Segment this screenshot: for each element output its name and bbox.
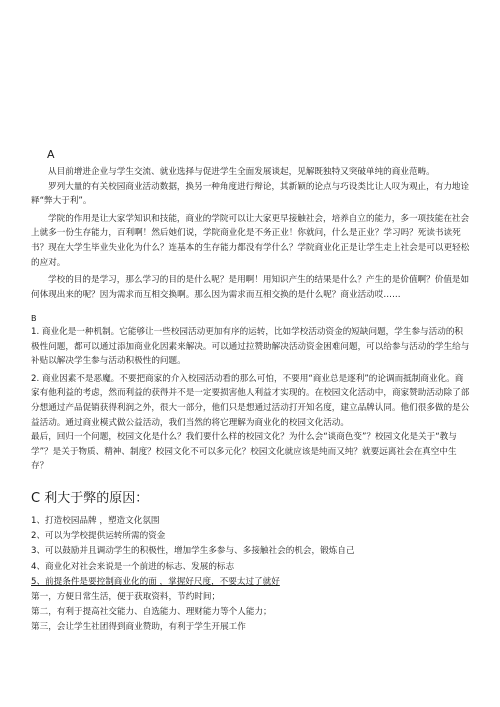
list-item: 第二，有利于提高社交能力、自选能力、理财能力等个人能力； bbox=[31, 605, 471, 620]
list-item: 2、可以为学校提供运转所需的资金 bbox=[31, 529, 471, 544]
list-item: 第一，方便日常生活，便于获取资料，节约时间； bbox=[31, 590, 471, 605]
section-b-label: B bbox=[31, 313, 37, 325]
list-item: 4、商业化对社会来说是一个前进的标志、发展的标志 bbox=[31, 560, 471, 575]
paragraph: 2. 商业因素不是恶魔。不要把商家的介入校园活动看的那么可怕，不要用“商业总是逐… bbox=[31, 372, 471, 430]
paragraph: 最后，回归一个问题，校园文化是什么？我们要什么样的校园文化？为什么会“谈商色变”… bbox=[31, 430, 471, 474]
section-c-title: C 利大于弊的原因： bbox=[31, 490, 148, 508]
list-item: 3、可以鼓励并且调动学生的积极性，增加学生多参与、多接触社会的机会，锻炼自己 bbox=[31, 544, 471, 559]
list-item-underlined: 5、前提条件是要控制商业化的面 ，掌握好尺度，不要太过了就好 bbox=[31, 575, 471, 590]
section-a-body: 从目前增进企业与学生交流、就业选择与促进学生全面发展谈起，见解既独特又突破单纯的… bbox=[31, 165, 471, 302]
document-page: A 从目前增进企业与学生交流、就业选择与促进学生全面发展谈起，见解既独特又突破单… bbox=[0, 0, 500, 707]
section-a-label: A bbox=[47, 148, 55, 162]
section-c-list: 1、打造校园品牌 ，塑造文化氛围 2、可以为学校提供运转所需的资金 3、可以鼓励… bbox=[31, 514, 471, 636]
paragraph: 学院的作用是让大家学知识和技能，商业的学院可以让大家更早接触社会，培养自立的能力… bbox=[31, 212, 471, 270]
paragraph: 罗列大量的有关校园商业活动数据，换另一种角度进行辩论，其新颖的论点与巧设类比让人… bbox=[31, 180, 471, 209]
section-b-body: 1. 商业化是一种机制。它能够让一些校园活动更加有序的运转，比如学校活动资金的短… bbox=[31, 325, 471, 474]
paragraph: 1. 商业化是一种机制。它能够让一些校园活动更加有序的运转，比如学校活动资金的短… bbox=[31, 325, 471, 369]
paragraph: 从目前增进企业与学生交流、就业选择与促进学生全面发展谈起，见解既独特又突破单纯的… bbox=[31, 165, 471, 180]
list-item: 第三，会让学生社团得到商业赞助，有利于学生开展工作 bbox=[31, 620, 471, 635]
paragraph: 学校的目的是学习，那么学习的目的是什么呢？是用啊！用知识产生的结果是什么？产生的… bbox=[31, 273, 471, 302]
list-item: 1、打造校园品牌 ，塑造文化氛围 bbox=[31, 514, 471, 529]
